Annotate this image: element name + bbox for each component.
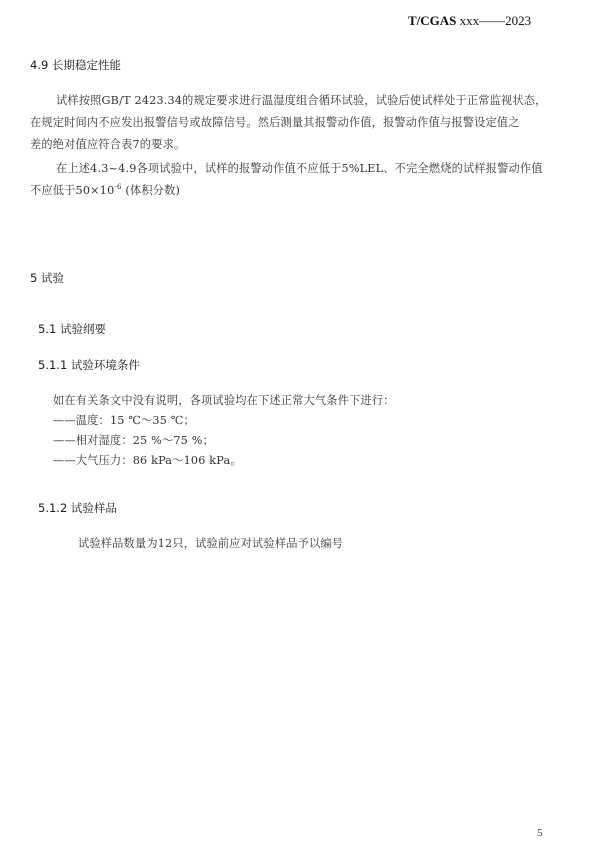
- section-4-9-paragraph-2: 在上述4.3~4.9各项试验中，试样的报警动作值不应低于5%LEL、不完全燃烧的…: [30, 158, 543, 202]
- environment-conditions: 如在有关条文中没有说明，各项试验均在下述正常大气条件下进行： ——温度：15 ℃…: [53, 391, 395, 471]
- exponent: -6: [114, 183, 121, 191]
- sample-description: 试验样品数量为12只，试验前应对试验样品予以编号: [78, 533, 343, 555]
- header-dash: ——: [479, 13, 505, 28]
- paragraph-line: 在规定时间内不应发出报警信号或故障信号。然后测量其报警动作值，报警动作值与报警设…: [30, 112, 547, 134]
- standard-number: xxx: [460, 13, 480, 28]
- page-header: T/CGAS xxx——2023: [408, 13, 531, 29]
- condition-temperature: ——温度：15 ℃～35 ℃；: [53, 411, 395, 431]
- paragraph-line: 不应低于50×10-6 (体积分数): [30, 180, 543, 202]
- paragraph-line: 试样按照GB/T 2423.34的规定要求进行温湿度组合循环试验，试验后使试样处…: [30, 90, 547, 112]
- section-5-1-2-heading: 5.1.2 试验样品: [38, 500, 117, 516]
- section-4-9-heading: 4.9 长期稳定性能: [30, 57, 121, 73]
- section-4-9-paragraph-1: 试样按照GB/T 2423.34的规定要求进行温湿度组合循环试验，试验后使试样处…: [30, 90, 547, 156]
- section-5-heading: 5 试验: [30, 270, 64, 286]
- page-number: 5: [537, 827, 543, 839]
- section-5-1-1-heading: 5.1.1 试验环境条件: [38, 357, 140, 373]
- condition-humidity: ——相对湿度：25 %～75 %；: [53, 431, 395, 451]
- conditions-intro: 如在有关条文中没有说明，各项试验均在下述正常大气条件下进行：: [53, 391, 395, 411]
- section-5-1-heading: 5.1 试验纲要: [38, 321, 106, 337]
- paragraph-line: 差的绝对值应符合表7的要求。: [30, 134, 547, 156]
- standard-code: T/CGAS: [408, 13, 456, 28]
- paragraph-line: 在上述4.3~4.9各项试验中，试样的报警动作值不应低于5%LEL、不完全燃烧的…: [30, 158, 543, 180]
- condition-pressure: ——大气压力：86 kPa～106 kPa。: [53, 451, 395, 471]
- standard-year: 2023: [505, 13, 531, 28]
